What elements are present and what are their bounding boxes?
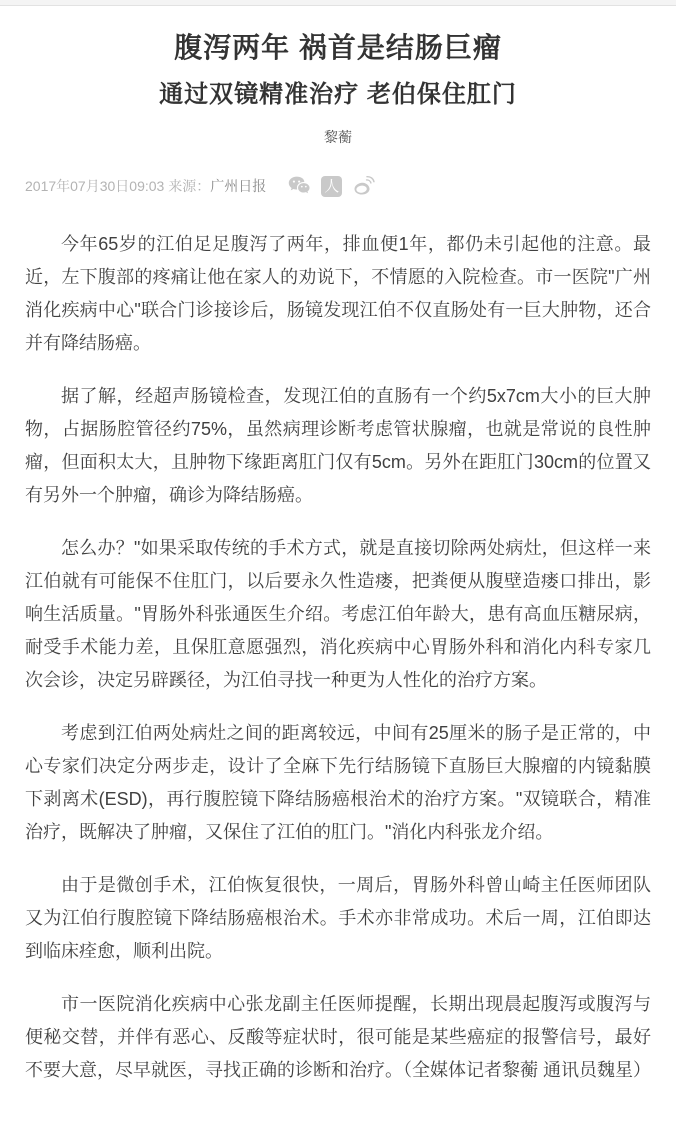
article-author: 黎蘅 <box>0 127 676 147</box>
article-paragraph: 考虑到江伯两处病灶之间的距离较远，中间有25厘米的肠子是正常的，中心专家们决定分… <box>25 717 651 849</box>
weibo-icon <box>352 175 375 197</box>
article-paragraph: 今年65岁的江伯足足腹泻了两年，排血便1年，都仍未引起他的注意。最近，左下腹部的… <box>25 228 651 360</box>
article-subtitle: 通过双镜精准治疗 老伯保住肛门 <box>0 81 676 110</box>
renren-share-button[interactable]: 人 <box>320 175 343 198</box>
article-paragraph: 由于是微创手术，江伯恢复很快，一周后，胃肠外科曾山崎主任医师团队又为江伯行腹腔镜… <box>25 869 651 968</box>
share-icons: 人 <box>288 175 375 198</box>
article-paragraph: 市一医院消化疾病中心张龙副主任医师提醒，长期出现晨起腹泻或腹泻与便秘交替，并伴有… <box>25 988 651 1087</box>
meta-row: 2017年07月30日09:03 来源：广州日报 <box>0 174 676 198</box>
article-title: 腹泻两年 祸首是结肠巨瘤 <box>0 31 676 65</box>
weibo-share-button[interactable] <box>352 175 375 198</box>
article-paragraph: 怎么办？"如果采取传统的手术方式，就是直接切除两处病灶，但这样一来江伯就有可能保… <box>25 532 651 697</box>
publish-datetime: 2017年07月30日09:03 <box>25 178 164 194</box>
article-paragraph: 据了解，经超声肠镜检查，发现江伯的直肠有一个约5x7cm大小的巨大肿物，占据肠腔… <box>25 380 651 512</box>
renren-icon: 人 <box>321 176 342 197</box>
article-header: 腹泻两年 祸首是结肠巨瘤 通过双镜精准治疗 老伯保住肛门 黎蘅 <box>0 6 676 147</box>
article-body: 今年65岁的江伯足足腹泻了两年，排血便1年，都仍未引起他的注意。最近，左下腹部的… <box>0 228 676 1087</box>
wechat-icon <box>288 175 311 197</box>
source-label: 来源： <box>168 178 210 194</box>
source-name: 广州日报 <box>210 178 266 194</box>
meta-text: 2017年07月30日09:03 来源：广州日报 <box>25 176 266 196</box>
article-page: 腹泻两年 祸首是结肠巨瘤 通过双镜精准治疗 老伯保住肛门 黎蘅 2017年07月… <box>0 0 676 1124</box>
wechat-share-button[interactable] <box>288 175 311 198</box>
